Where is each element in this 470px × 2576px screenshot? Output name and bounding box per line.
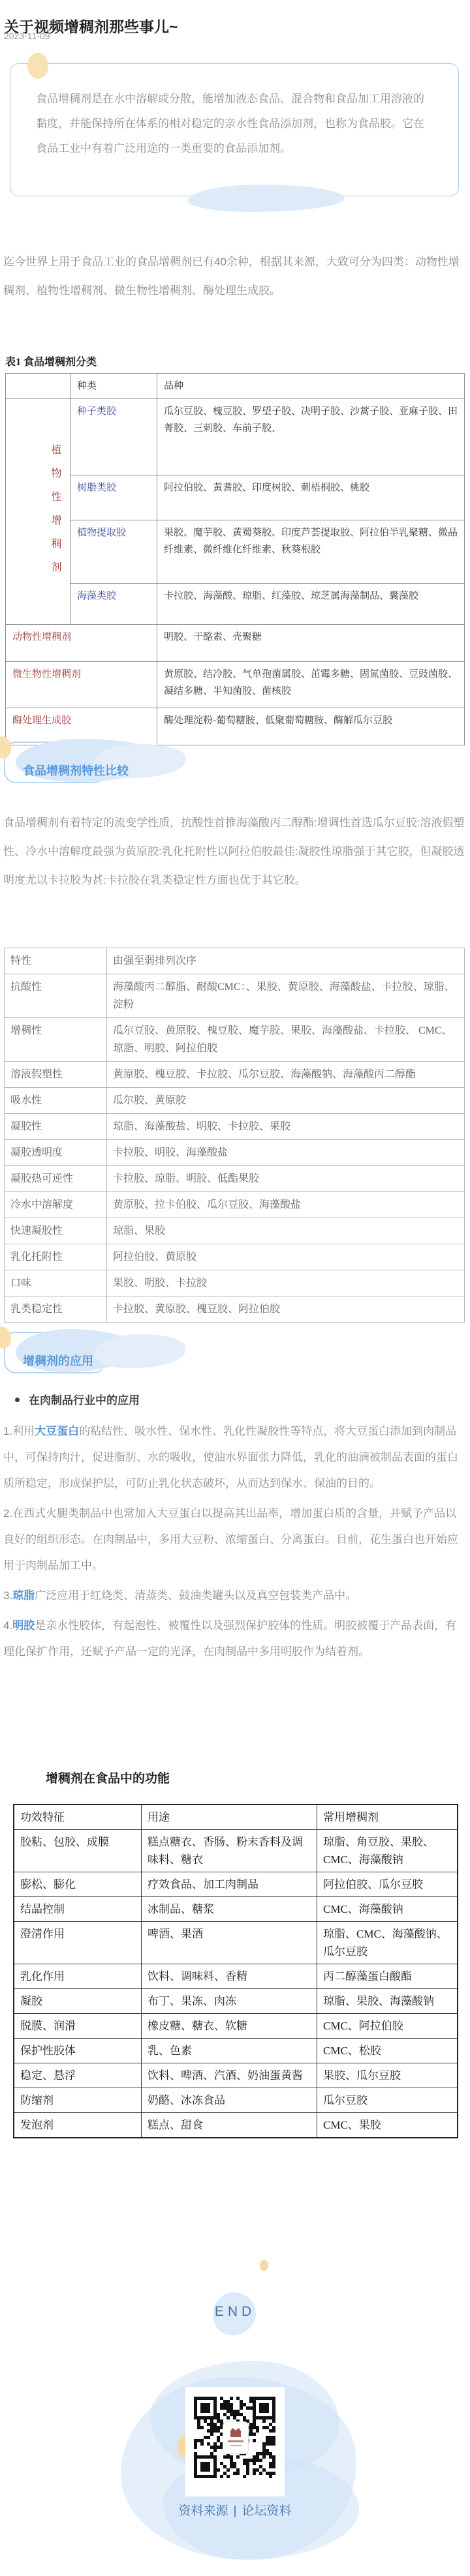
table3-cell: CMC、果胶 (317, 2113, 458, 2138)
table3-cell: 瓜尔豆胶 (317, 2088, 458, 2113)
table3-cell: 阿拉伯胶、瓜尔豆胶 (317, 1872, 458, 1897)
properties-table: 特性由强至弱排列次序抗酸性海藻酸丙二醇脂、耐酸CMC：、果胶、黄原胶、海藻酸盐、… (4, 948, 465, 1323)
table3-cell: 疗效食品、加工肉制品 (142, 1872, 317, 1897)
qr-code (185, 2387, 285, 2496)
table3-cell: 糕点糖衣、香肠、粉末香料及调味料、糖衣 (142, 1830, 317, 1872)
table2-rank-cell: 卡拉胶、明胶、海藻酸盐 (107, 1140, 465, 1166)
table3-cell: 发泡剂 (14, 2113, 142, 2138)
source-label: 资料来源 (179, 2504, 228, 2518)
table3-cell: CMC、松胶 (317, 2039, 458, 2063)
table1-kind-cell: 植物提取胶 (70, 520, 157, 584)
table1-group-label: 微生物性增稠剂 (6, 662, 157, 708)
table3-cell: 琼脂、角豆胶、果胶、CMC、海藻酸钠 (317, 1830, 458, 1872)
end-section: END (0, 2253, 470, 2338)
paragraph-text: 广泛应用于红烧类、清蒸类、鼓油类罐头以及真空包装类产品中。 (35, 1589, 356, 1602)
qr-section (0, 2358, 470, 2576)
table3-cell: 结晶控制 (14, 1897, 142, 1922)
table3-cell: 乳化作用 (14, 1964, 142, 1989)
application-paragraph: 4.明胶是亲水性胶体，有起泡性、被覆性以及强烈保护胶体的性质。明胶被覆于产品表面… (3, 1613, 467, 1665)
table3-cell: CMC、海藻酸钠 (317, 1897, 458, 1922)
table3-cell: 保护性胶体 (14, 2039, 142, 2063)
classification-table: 种类品种植物性增稠剂种子类胶瓜尔豆胶、槐豆胶、罗望子胶、决明子胶、沙蒿子胶、亚麻… (5, 373, 465, 745)
bullet-heading: 在肉制品行业中的应用 (15, 1391, 467, 1411)
source-footer: 资料来源|论坛资料 (0, 2501, 470, 2519)
qr-center-logo (223, 2421, 249, 2454)
table2-rank-cell: 黄原胶、拉卡伯胶、瓜尔豆胶、海藻酸盐 (107, 1192, 465, 1218)
table2-rank-cell: 果胶、明胶、卡拉胶 (107, 1270, 465, 1296)
table1-group-label: 动物性增稠剂 (6, 625, 157, 662)
intro-quote-text: 食品增稠剂是在水中溶解或分散，能增加液态食品、混合物和食品加工用溶液的黏度，并能… (36, 87, 434, 161)
table3-cell: 琼脂、果胶、海藻酸钠 (317, 1989, 458, 2014)
table3-cell: 澄清作用 (14, 1922, 142, 1964)
table1-items-cell: 黄原胶、结冷胶、气单孢菌属胶、茁霉多糖、固氮菌胶、豆豉菌胶、凝结多糖、半知菌胶、… (157, 662, 465, 708)
application-paragraph: 3.琼脂广泛应用于红烧类、清蒸类、鼓油类罐头以及真空包装类产品中。 (3, 1583, 467, 1609)
table2-property-cell: 冷水中溶解度 (5, 1192, 107, 1218)
table1-items-cell: 瓜尔豆胶、槐豆胶、罗望子胶、决明子胶、沙蒿子胶、亚麻子胶、田菁胶、三刺胶、车前子… (157, 399, 465, 475)
table2-property-cell: 乳类稳定性 (5, 1296, 107, 1323)
table2-rank-cell: 琼脂、果胶 (107, 1218, 465, 1244)
paragraph-text: 3. (3, 1589, 12, 1602)
separator: | (228, 2504, 242, 2518)
table1-kind-cell: 种子类胶 (70, 399, 157, 475)
applications-section: 在肉制品行业中的应用 1.利用大豆蛋白的粘结性、吸水性、保水性、乳化性凝胶性等特… (3, 1391, 467, 1669)
table3-cell: 防缩剂 (14, 2088, 142, 2113)
table3-cell: 凝胶 (14, 1989, 142, 2014)
table3-cell: 丙二醇藻蛋白酸酯 (317, 1964, 458, 1989)
table2-property-cell: 凝胶性 (5, 1114, 107, 1140)
table1-items-cell: 果胶、魔芋胶、黄蜀葵胶、印度芦荟提取胶、阿拉伯半乳聚糖、微晶纤维素、微纤维化纤维… (157, 520, 465, 584)
table2-property-cell: 特性 (5, 948, 107, 974)
logo-text-line (228, 2440, 243, 2442)
table3-cell: 胶粘、包胶、成膜 (14, 1830, 142, 1872)
paragraph-text: 4. (3, 1619, 12, 1632)
table3-cell: 糕点、甜食 (142, 2113, 317, 2138)
table3-cell: 橡皮糖、糖衣、软糖 (142, 2014, 317, 2039)
keyword-link[interactable]: 大豆蛋白 (35, 1425, 79, 1437)
table3-cell: 常用增稠剂 (317, 1805, 458, 1830)
table2-rank-cell: 卡拉胶、黄原胶、槐豆胶、阿拉伯胶 (107, 1296, 465, 1323)
table2-property-cell: 抗酸性 (5, 974, 107, 1018)
table2-property-cell: 凝胶透明度 (5, 1140, 107, 1166)
table3-cell: 用途 (142, 1805, 317, 1830)
table2-rank-cell: 瓜尔胶、黄原胶 (107, 1088, 465, 1114)
application-paragraph: 1.利用大豆蛋白的粘结性、吸水性、保水性、乳化性凝胶性等特点，将大豆蛋白添加到肉… (3, 1418, 467, 1497)
table3-cell: 饮料、调味料、香精 (142, 1964, 317, 1989)
table2-rank-cell: 卡拉胶、琼脂、明胶、低酯果胶 (107, 1166, 465, 1192)
table3-cell: 乳、色素 (142, 2039, 317, 2063)
table3-cell: 饮料、啤酒、汽酒、奶油蛋黄酱 (142, 2063, 317, 2088)
table2-property-cell: 吸水性 (5, 1088, 107, 1114)
table1-caption: 表1 食品增稠剂分类 (5, 353, 97, 368)
properties-paragraph: 食品增稠剂有着特定的流变学性质，抗酸性首推海藻酸丙二醇酯:增调性首选瓜尔豆胶:溶… (3, 809, 465, 895)
table1-group-label: 植物性增稠剂 (6, 399, 70, 625)
table2-property-cell: 口味 (5, 1270, 107, 1296)
table1-header-cell: 品种 (157, 374, 465, 399)
bullet-dot-icon (15, 1398, 20, 1402)
paragraph-text: 1.利用 (3, 1425, 35, 1437)
table1-items-cell: 卡拉胶、海藻酸、琼脂、红藻胶、琼芝属海藻制品、囊藻胶 (157, 584, 465, 625)
table1-header-cell (6, 374, 70, 399)
table3-cell: 琼脂、CMC、海藻酸钠、瓜尔豆胶 (317, 1922, 458, 1964)
table3-cell: 冰制品、糖浆 (142, 1897, 317, 1922)
table3-cell: 果胶、瓜尔豆胶 (317, 2063, 458, 2088)
application-paragraphs: 1.利用大豆蛋白的粘结性、吸水性、保水性、乳化性凝胶性等特点，将大豆蛋白添加到肉… (3, 1418, 467, 1665)
table2-rank-cell: 阿拉伯胶、黄原胶 (107, 1244, 465, 1270)
table2-property-cell: 增稠性 (5, 1018, 107, 1062)
application-paragraph: 2.在西式火腿类制品中也常加入大豆蛋白以提高其出品率，增加蛋白质的含量，并赋予产… (3, 1501, 467, 1579)
publish-date: 2023-11-09 (4, 31, 50, 41)
overview-paragraph: 迄今世界上用于食品工业的食品增稠剂已有40余种，根据其来源，大致可分为四类：动物… (3, 248, 465, 305)
logo-text-line (230, 2445, 242, 2446)
paragraph-text: 2.在西式火腿类制品中也常加入大豆蛋白以提高其出品率，增加蛋白质的含量，并赋予产… (3, 1507, 458, 1572)
table2-property-cell: 凝胶热可逆性 (5, 1166, 107, 1192)
table1-kind-cell: 海藻类胶 (70, 584, 157, 625)
table3-cell: 稳定、悬浮 (14, 2063, 142, 2088)
table2-rank-cell: 琼脂、海藻酸盐、明胶、卡拉胶、果胶 (107, 1114, 465, 1140)
peach-ellipse-decoration (27, 53, 48, 79)
table3-cell: 布丁、果冻、肉冻 (142, 1989, 317, 2014)
table1-kind-cell: 树脂类胶 (70, 475, 157, 520)
functions-table: 功效特征用途常用增稠剂胶粘、包胶、成膜糕点糖衣、香肠、粉末香料及调味料、糖衣琼脂… (13, 1804, 458, 2138)
table1-header-cell: 种类 (70, 374, 157, 399)
table3-caption: 增稠剂在食品中的功能 (46, 1769, 170, 1786)
table3-cell: 奶酪、冰冻食品 (142, 2088, 317, 2113)
table2-rank-cell: 黄原胶、槐豆胶、卡拉胶、瓜尔豆胶、海藻酸钠、海藻酸丙二醇酯 (107, 1062, 465, 1088)
end-label: END (0, 2304, 470, 2320)
bullet-heading-text: 在肉制品行业中的应用 (29, 1394, 140, 1407)
logo-mark-icon (230, 2428, 241, 2437)
section-header-properties: 食品增稠剂特性比较 (0, 734, 274, 794)
table3-cell: 功效特征 (14, 1805, 142, 1830)
keyword-link[interactable]: 琼脂 (12, 1589, 35, 1602)
watercolor-smudge (188, 185, 345, 212)
section-title: 增稠剂的应用 (23, 1352, 93, 1369)
peach-dot-decoration (260, 2260, 268, 2271)
table3-cell: 膨松、膨化 (14, 1872, 142, 1897)
source-value: 论坛资料 (242, 2504, 291, 2518)
table1-items-cell: 明胶、干酪素、壳聚糖 (157, 625, 465, 662)
intro-quote-section: 食品增稠剂是在水中溶解或分散，能增加液态食品、混合物和食品加工用溶液的黏度，并能… (0, 61, 470, 217)
table3-cell: CMC、阿拉伯胶 (317, 2014, 458, 2039)
table3-cell: 脱膜、润滑 (14, 2014, 142, 2039)
table2-rank-cell: 海藻酸丙二醇脂、耐酸CMC：、果胶、黄原胶、海藻酸盐、卡拉胶、琼脂、淀粉 (107, 974, 465, 1018)
section-header-applications: 增稠剂的应用 (0, 1324, 274, 1384)
paragraph-text: 是亲水性胶体，有起泡性、被覆性以及强烈保护胶体的性质。明胶被覆于产品表面，有理化… (3, 1619, 456, 1658)
table2-rank-cell: 由强至弱排列次序 (107, 948, 465, 974)
table1-items-cell: 阿拉伯胶、黄耆胶、印度树胶、刺梧桐胶、桃胶 (157, 475, 465, 520)
table2-rank-cell: 瓜尔豆胶、黄原胶、槐豆胶、魔芋胶、果胶、海藻酸盐、卡拉胶、 CMC、琼脂、明胶、… (107, 1018, 465, 1062)
table3-cell: 啤酒、果酒 (142, 1922, 317, 1964)
table2-property-cell: 溶液假塑性 (5, 1062, 107, 1088)
keyword-link[interactable]: 明胶 (12, 1619, 35, 1632)
section-title: 食品增稠剂特性比较 (23, 762, 129, 779)
page-title: 关于视频增稠剂那些事儿~ (4, 15, 461, 37)
table2-property-cell: 快速凝胶性 (5, 1218, 107, 1244)
table2-property-cell: 乳化托附性 (5, 1244, 107, 1270)
